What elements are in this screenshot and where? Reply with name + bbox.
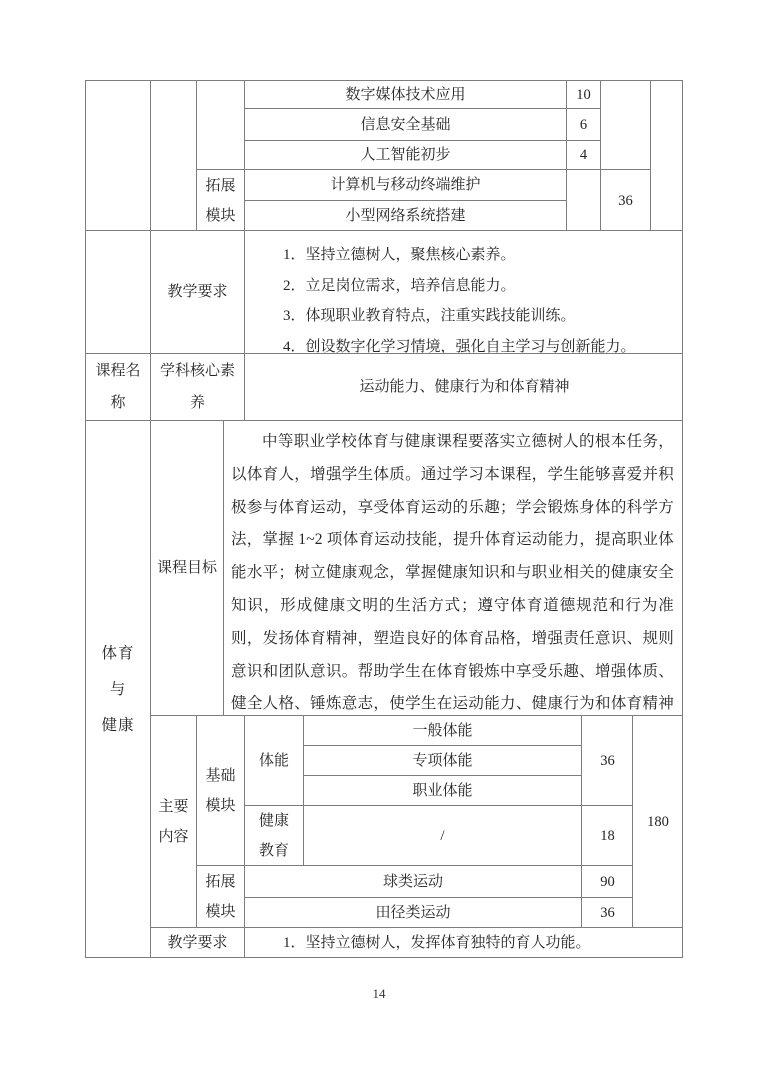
course-content-column: 数字媒体技术应用 信息安全基础 人工智能初步 计算机与移动终端维护 小型网络系统… [245,81,567,230]
pe-course-name: 体育 与 健康 [86,421,151,958]
requirement-item: 4．创设数字化学习情境，强化自主学习与创新能力。 [283,332,678,354]
pe-section-band: 体育 与 健康 课程目标 中等职业学校体育与健康课程要落实立德树人的根本任务，以… [86,421,682,958]
hours-cell: 36 [582,898,633,928]
physical-fitness-block: 体能 一般体能 专项体能 职业体能 36 [245,716,632,806]
requirement-item: 3．体现职业教育特点，注重实践技能训练。 [283,301,678,332]
hours-cell-empty [567,170,600,231]
course-row: 人工智能初步 [245,141,566,170]
main-content-label: 主要 内容 [151,716,197,927]
health-education-block: 健康 教育 / 18 [245,806,632,866]
pe-module-content-column: 体能 一般体能 专项体能 职业体能 36 健康 教育 / 18 [245,716,633,927]
health-education-hours: 18 [582,806,633,865]
objectives-row: 课程目标 中等职业学校体育与健康课程要落实立德树人的根本任务，以体育人，增强学生… [151,421,683,716]
course-row: 信息安全基础 [245,109,566,141]
module-label-empty-cell [197,81,244,170]
subtotal-column: 36 [601,81,651,230]
hours-cell: 4 [567,141,600,170]
document-page: 拓展 模块 数字媒体技术应用 信息安全基础 人工智能初步 计算机与移动终端维护 … [0,0,758,1075]
requirement-item: 2．立足岗位需求，培养信息能力。 [283,271,678,302]
course-row: 小型网络系统搭建 [245,201,566,231]
expand-row-track-field: 田径类运动 36 [245,898,632,928]
top-teaching-requirements-band: 教学要求 1．坚持立德树人，聚焦核心素养。 2．立足岗位需求，培养信息能力。 3… [86,231,682,354]
pe-header-band: 课程名 称 学科核心素 养 运动能力、健康行为和体育精神 [86,354,682,421]
expand-module-label: 拓展 模块 [197,170,244,231]
teaching-requirements-label: 教学要求 [151,928,245,958]
physical-fitness-hours: 36 [582,716,633,805]
course-name-header-label: 课程名 称 [86,354,151,420]
hours-column: 10 6 4 [567,81,601,230]
course-row: 计算机与移动终端维护 [245,170,566,201]
pe-requirement-item: 1．坚持立德树人，发挥体育独特的育人功能。 [245,928,683,958]
course-name-column-empty [86,81,151,230]
fitness-row: 职业体能 [304,776,581,806]
pe-module-label-column: 基础 模块 拓展 模块 [197,716,245,927]
page-number: 14 [0,986,758,1002]
curriculum-table: 拓展 模块 数字媒体技术应用 信息安全基础 人工智能初步 计算机与移动终端维护 … [85,80,683,958]
hours-cell: 90 [582,866,633,897]
core-literacy-label: 学科核心素 养 [151,354,245,420]
requirement-item: 1．坚持立德树人，聚焦核心素养。 [283,240,678,271]
module-label-column: 拓展 模块 [197,81,245,230]
core-literacy-value: 运动能力、健康行为和体育精神 [245,354,684,420]
course-row: 球类运动 [245,866,582,897]
fitness-row: 专项体能 [304,746,581,776]
top-module-band: 拓展 模块 数字媒体技术应用 信息安全基础 人工智能初步 计算机与移动终端维护 … [86,81,682,231]
physical-fitness-rows: 一般体能 专项体能 职业体能 [304,716,582,805]
health-education-label: 健康 教育 [245,806,304,865]
physical-fitness-label: 体能 [245,716,304,805]
teaching-requirements-label: 教学要求 [151,231,245,353]
course-row: 数字媒体技术应用 [245,81,566,109]
expand-module-label: 拓展 模块 [197,866,244,928]
course-name-column-empty [86,231,151,353]
section-label-column-empty [151,81,197,230]
pe-teaching-requirements-row: 教学要求 1．坚持立德树人，发挥体育独特的育人功能。 [151,928,683,958]
pe-total-hours: 180 [633,716,683,927]
subtotal-empty-cell [601,81,650,170]
pe-section-body: 课程目标 中等职业学校体育与健康课程要落实立德树人的根本任务，以体育人，增强学生… [151,421,683,958]
objectives-text: 中等职业学校体育与健康课程要落实立德树人的根本任务，以体育人，增强学生体质。通过… [224,421,683,715]
objectives-label: 课程目标 [151,421,224,715]
basic-module-label: 基础 模块 [197,716,244,866]
total-column-empty [651,81,684,230]
fitness-row: 一般体能 [304,716,581,746]
course-row: 田径类运动 [245,898,582,928]
expand-row-ball-sports: 球类运动 90 [245,866,632,898]
hours-cell: 10 [567,81,600,109]
main-content-row: 主要 内容 基础 模块 拓展 模块 体能 一般体能 专项体能 职业体能 [151,716,683,928]
teaching-requirements-list: 1．坚持立德树人，聚焦核心素养。 2．立足岗位需求，培养信息能力。 3．体现职业… [245,231,684,353]
hours-cell: 6 [567,109,600,141]
expand-hours-total: 36 [601,170,650,231]
health-education-content: / [304,806,582,865]
